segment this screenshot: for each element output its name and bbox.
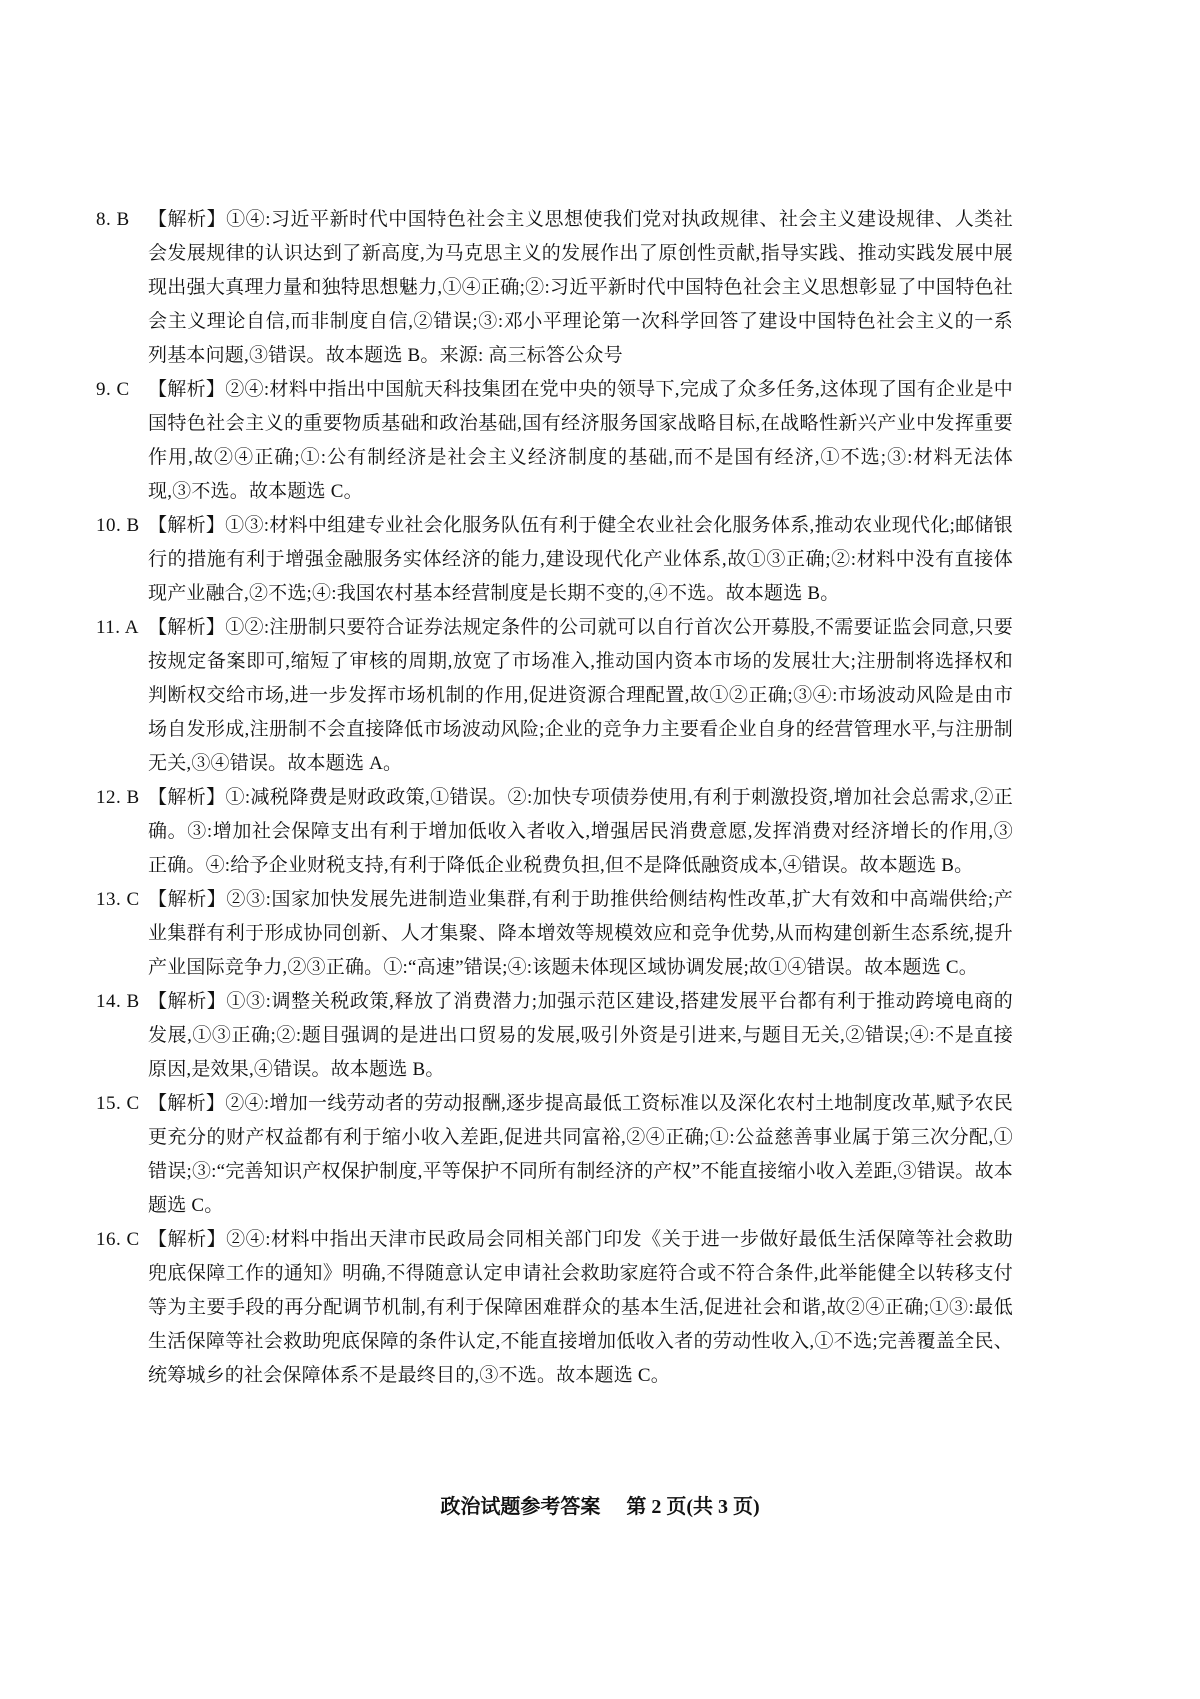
question-number-and-answer: 13. C xyxy=(96,883,148,917)
question-number-and-answer: 15. C xyxy=(96,1087,148,1121)
answer-item: 16. C 【解析】②④:材料中指出天津市民政局会同相关部门印发《关于进一步做好… xyxy=(96,1223,1013,1393)
answer-item: 9. C 【解析】②④:材料中指出中国航天科技集团在党中央的领导下,完成了众多任… xyxy=(96,373,1013,509)
question-number-and-answer: 11. A xyxy=(96,611,148,645)
question-number-and-answer: 9. C xyxy=(96,373,148,407)
answer-explanation: 【解析】②④:材料中指出中国航天科技集团在党中央的领导下,完成了众多任务,这体现… xyxy=(148,373,1013,509)
answer-item: 15. C 【解析】②④:增加一线劳动者的劳动报酬,逐步提高最低工资标准以及深化… xyxy=(96,1087,1013,1223)
exam-answer-sheet-page: 8. B 【解析】①④:习近平新时代中国特色社会主义思想使我们党对执政规律、社会… xyxy=(0,0,1200,1699)
answer-item: 11. A 【解析】①②:注册制只要符合证券法规定条件的公司就可以自行首次公开募… xyxy=(96,611,1013,781)
answer-explanation: 【解析】①④:习近平新时代中国特色社会主义思想使我们党对执政规律、社会主义建设规… xyxy=(148,203,1013,373)
question-number-and-answer: 16. C xyxy=(96,1223,148,1257)
answer-item: 8. B 【解析】①④:习近平新时代中国特色社会主义思想使我们党对执政规律、社会… xyxy=(96,203,1013,373)
answer-explanation: 【解析】②④:材料中指出天津市民政局会同相关部门印发《关于进一步做好最低生活保障… xyxy=(148,1223,1013,1393)
question-number-and-answer: 10. B xyxy=(96,509,148,543)
answers-list: 8. B 【解析】①④:习近平新时代中国特色社会主义思想使我们党对执政规律、社会… xyxy=(96,203,1013,1393)
answer-explanation: 【解析】①:减税降费是财政政策,①错误。②:加快专项债券使用,有利于刺激投资,增… xyxy=(148,781,1013,883)
answer-item: 12. B 【解析】①:减税降费是财政政策,①错误。②:加快专项债券使用,有利于… xyxy=(96,781,1013,883)
answer-explanation: 【解析】①③:材料中组建专业社会化服务队伍有利于健全农业社会化服务体系,推动农业… xyxy=(148,509,1013,611)
question-number-and-answer: 8. B xyxy=(96,203,148,237)
answer-item: 13. C 【解析】②③:国家加快发展先进制造业集群,有利于助推供给侧结构性改革… xyxy=(96,883,1013,985)
answer-item: 14. B 【解析】①③:调整关税政策,释放了消费潜力;加强示范区建设,搭建发展… xyxy=(96,985,1013,1087)
answer-explanation: 【解析】②④:增加一线劳动者的劳动报酬,逐步提高最低工资标准以及深化农村土地制度… xyxy=(148,1087,1013,1223)
footer-page-info: 第 2 页(共 3 页) xyxy=(626,1496,759,1518)
answer-explanation: 【解析】②③:国家加快发展先进制造业集群,有利于助推供给侧结构性改革,扩大有效和… xyxy=(148,883,1013,985)
answer-explanation: 【解析】①③:调整关税政策,释放了消费潜力;加强示范区建设,搭建发展平台都有利于… xyxy=(148,985,1013,1087)
question-number-and-answer: 14. B xyxy=(96,985,148,1019)
footer-doc-title: 政治试题参考答案 xyxy=(440,1496,600,1518)
answer-item: 10. B 【解析】①③:材料中组建专业社会化服务队伍有利于健全农业社会化服务体… xyxy=(96,509,1013,611)
answer-explanation: 【解析】①②:注册制只要符合证券法规定条件的公司就可以自行首次公开募股,不需要证… xyxy=(148,611,1013,781)
page-footer: 政治试题参考答案第 2 页(共 3 页) xyxy=(0,1493,1200,1521)
question-number-and-answer: 12. B xyxy=(96,781,148,815)
